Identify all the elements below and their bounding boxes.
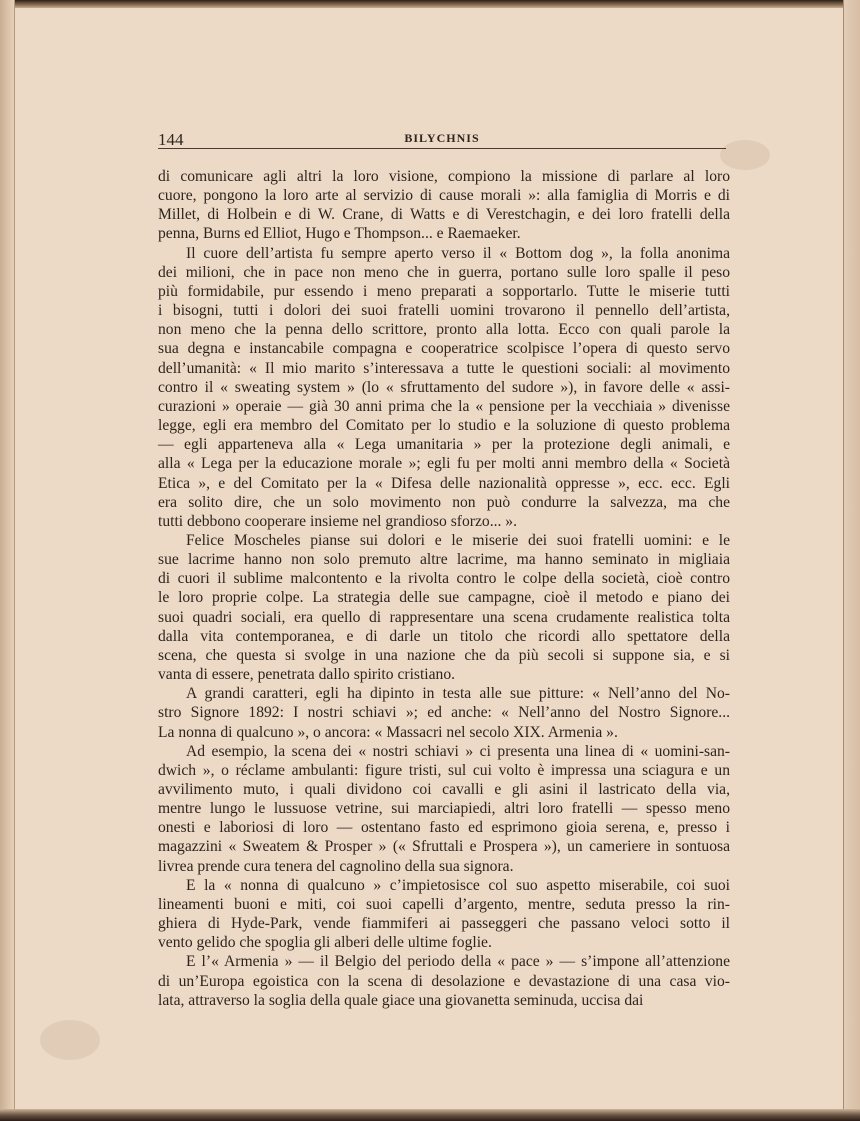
text-line: suoi quadri sociali, era quello di rappr… bbox=[158, 608, 730, 627]
journal-title: BILYCHNIS bbox=[158, 131, 726, 146]
text-line: Etica », e del Comitato per la « Difesa … bbox=[158, 474, 730, 493]
page-binding-edge bbox=[0, 0, 15, 1121]
text-line: dwich », o réclame ambulanti: figure tri… bbox=[158, 761, 730, 780]
text-line: ghiera di Hyde-Park, vende fiammiferi ai… bbox=[158, 914, 730, 933]
text-line: legge, egli era membro del Comitato per … bbox=[158, 416, 730, 435]
text-line: le loro proprie colpe. La strategia dell… bbox=[158, 588, 730, 607]
text-line: penna, Burns ed Elliot, Hugo e Thompson.… bbox=[158, 224, 730, 243]
text-line: di cuori il sublime malcontento e la riv… bbox=[158, 569, 730, 588]
text-line: vento gelido che spoglia gli alberi dell… bbox=[158, 933, 730, 952]
text-line: Ad esempio, la scena dei « nostri schiav… bbox=[158, 742, 730, 761]
text-line: dei milioni, che in pace non meno che in… bbox=[158, 263, 730, 282]
text-line: i bisogni, tutti i dolori dei suoi frate… bbox=[158, 301, 730, 320]
text-line: dalla vita contemporanea, e di darle un … bbox=[158, 627, 730, 646]
paragraph: Ad esempio, la scena dei « nostri schiav… bbox=[158, 742, 730, 876]
text-line: E l’« Armenia » — il Belgio del periodo … bbox=[158, 952, 730, 971]
page-top-edge bbox=[0, 0, 860, 8]
paragraph: Felice Moscheles pianse sui dolori e le … bbox=[158, 531, 730, 684]
paragraph: Il cuore dell’artista fu sempre aperto v… bbox=[158, 244, 730, 531]
text-line: sue lacrime hanno non solo premuto altre… bbox=[158, 550, 730, 569]
paragraph: E la « nonna di qualcuno » c’impietosisc… bbox=[158, 876, 730, 953]
text-line: di comunicare agli altri la loro visione… bbox=[158, 167, 730, 186]
paragraph: di comunicare agli altri la loro visione… bbox=[158, 167, 730, 244]
running-head: 144 BILYCHNIS bbox=[158, 128, 726, 149]
text-line: lata, attraverso la soglia della quale g… bbox=[158, 991, 730, 1010]
text-line: livrea prende cura tenera del cagnolino … bbox=[158, 857, 730, 876]
text-line: stro Signore 1892: I nostri schiavi »; e… bbox=[158, 703, 730, 722]
text-line: avvilimento muto, i quali dividono coi c… bbox=[158, 780, 730, 799]
text-line: cuore, pongono la loro arte al servizio … bbox=[158, 186, 730, 205]
text-line: scena, che questa si svolge in una nazio… bbox=[158, 646, 730, 665]
text-line: alla « Lega per la educazione morale »; … bbox=[158, 454, 730, 473]
text-line: Il cuore dell’artista fu sempre aperto v… bbox=[158, 244, 730, 263]
text-line: A grandi caratteri, egli ha dipinto in t… bbox=[158, 684, 730, 703]
text-line: più formidabile, pur essendo i meno prep… bbox=[158, 282, 730, 301]
text-line: — egli apparteneva alla « Lega umanitari… bbox=[158, 435, 730, 454]
text-line: onesti e laboriosi di loro — ostentano f… bbox=[158, 818, 730, 837]
paragraph: A grandi caratteri, egli ha dipinto in t… bbox=[158, 684, 730, 741]
text-line: E la « nonna di qualcuno » c’impietosisc… bbox=[158, 876, 730, 895]
text-line: La nonna di qualcuno », o ancora: « Mass… bbox=[158, 723, 730, 742]
text-line: Millet, di Holbein e di W. Crane, di Wat… bbox=[158, 205, 730, 224]
body-text: di comunicare agli altri la loro visione… bbox=[158, 167, 730, 1010]
text-line: contro il « sweating system » (lo « sfru… bbox=[158, 378, 730, 397]
text-line: magazzini « Sweatem & Prosper » (« Sfrut… bbox=[158, 837, 730, 856]
page-right-edge bbox=[843, 0, 860, 1121]
text-line: era solito dire, che un solo movimento n… bbox=[158, 493, 730, 512]
paragraph: E l’« Armenia » — il Belgio del periodo … bbox=[158, 952, 730, 1009]
text-line: Felice Moscheles pianse sui dolori e le … bbox=[158, 531, 730, 550]
text-line: non meno che la penna dello scrittore, p… bbox=[158, 320, 730, 339]
paper-stain bbox=[40, 1020, 100, 1060]
text-line: tutti debbono cooperare insieme nel gran… bbox=[158, 512, 730, 531]
paper-stain bbox=[720, 140, 770, 170]
scanned-page: 144 BILYCHNIS di comunicare agli altri l… bbox=[0, 0, 860, 1121]
text-line: mentre lungo le lussuose vetrine, sui ma… bbox=[158, 799, 730, 818]
text-line: vanta di essere, penetrata dallo spirito… bbox=[158, 665, 730, 684]
text-line: di un’Europa egoistica con la scena di d… bbox=[158, 972, 730, 991]
text-line: dell’umanità: « Il mio marito s’interess… bbox=[158, 359, 730, 378]
text-line: curazioni » operaie — già 30 anni prima … bbox=[158, 397, 730, 416]
text-line: sua degna e instancabile compagna e coop… bbox=[158, 339, 730, 358]
page-bottom-edge bbox=[0, 1109, 860, 1121]
text-line: lineamenti buoni e miti, coi suoi capell… bbox=[158, 895, 730, 914]
